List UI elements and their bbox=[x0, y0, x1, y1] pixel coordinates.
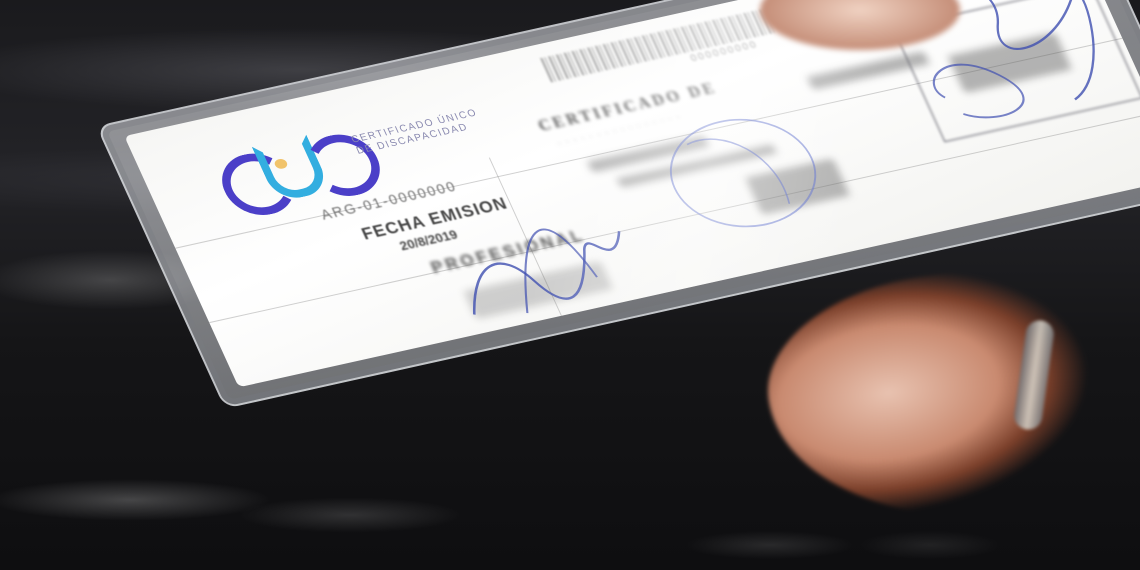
photo-scene: CERTIFICADO ÚNICO DE DISCAPACIDAD 000000… bbox=[0, 0, 1140, 570]
